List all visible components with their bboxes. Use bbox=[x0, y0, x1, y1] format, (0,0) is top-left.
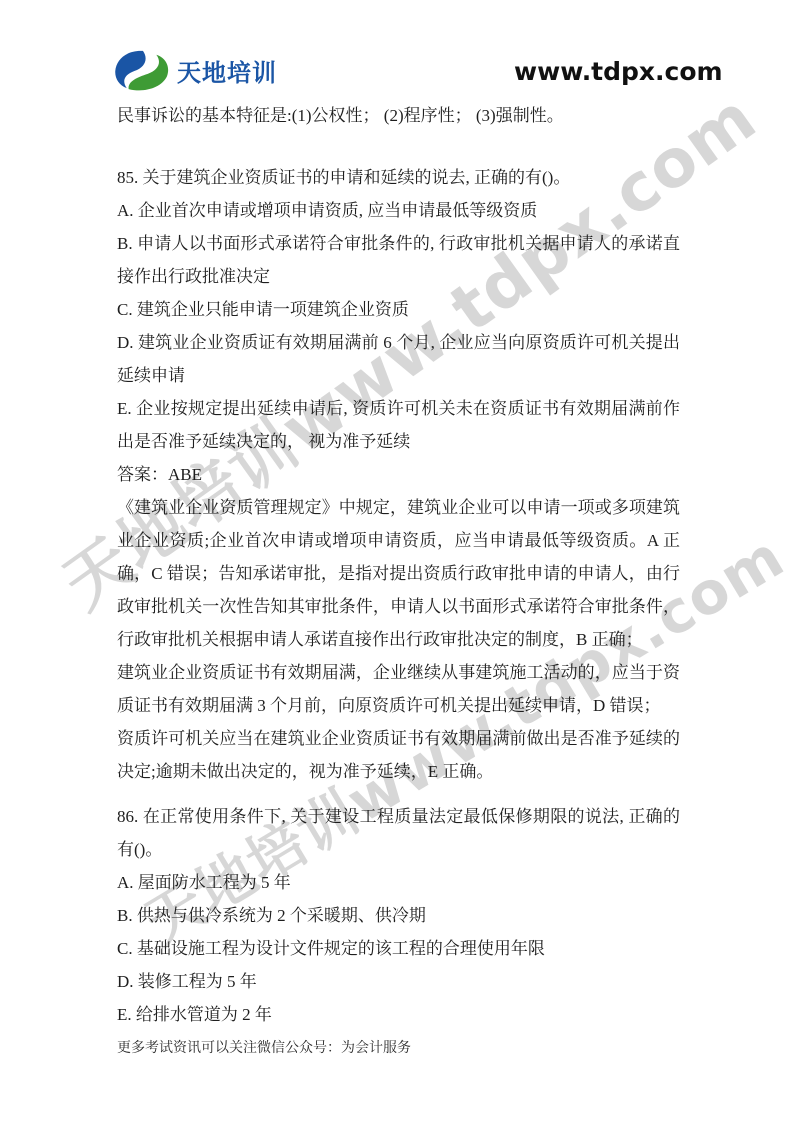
option-b: B. 供热与供冷系统为 2 个采暖期、供冷期 bbox=[117, 899, 680, 932]
option-c: C. 建筑企业只能申请一项建筑企业资质 bbox=[117, 293, 680, 326]
intro-paragraph: 民事诉讼的基本特征是:(1)公权性； (2)程序性； (3)强制性。 bbox=[117, 99, 680, 132]
question-stem: 86. 在正常使用条件下, 关于建设工程质量法定最低保修期限的说法, 正确的有(… bbox=[117, 800, 680, 866]
question-86: 86. 在正常使用条件下, 关于建设工程质量法定最低保修期限的说法, 正确的有(… bbox=[117, 800, 680, 1031]
option-e: E. 企业按规定提出延续申请后, 资质许可机关未在资质证书有效期届满前作出是否准… bbox=[117, 392, 680, 458]
page-header: 天地培训 www.tdpx.com bbox=[0, 0, 793, 100]
logo-text: 天地培训 bbox=[177, 53, 277, 88]
site-url: www.tdpx.com bbox=[514, 57, 689, 86]
explanation-paragraph: 建筑业企业资质证书有效期届满，企业继续从事建筑施工活动的，应当于资质证书有效期届… bbox=[117, 656, 680, 722]
option-a: A. 企业首次申请或增项申请资质, 应当申请最低等级资质 bbox=[117, 194, 680, 227]
option-d: D. 装修工程为 5 年 bbox=[117, 965, 680, 998]
option-e: E. 给排水管道为 2 年 bbox=[117, 998, 680, 1031]
option-b: B. 申请人以书面形式承诺符合审批条件的, 行政审批机关据申请人的承诺直接作出行… bbox=[117, 227, 680, 293]
document-page: 天地培训www.tdpx.com 天地培训www.tdpx.com 天地培训 w… bbox=[0, 0, 793, 1122]
logo-swirl-icon bbox=[113, 49, 171, 91]
document-body: 民事诉讼的基本特征是:(1)公权性； (2)程序性； (3)强制性。 85. 关… bbox=[117, 99, 680, 1031]
option-d: D. 建筑业企业资质证有效期届满前 6 个月, 企业应当向原资质许可机关提出延续… bbox=[117, 326, 680, 392]
question-85: 85. 关于建筑企业资质证书的申请和延续的说去, 正确的有()。 A. 企业首次… bbox=[117, 161, 680, 788]
answer-line: 答案：ABE bbox=[117, 458, 680, 491]
option-c: C. 基础设施工程为设计文件规定的该工程的合理使用年限 bbox=[117, 932, 680, 965]
question-stem: 85. 关于建筑企业资质证书的申请和延续的说去, 正确的有()。 bbox=[117, 161, 680, 194]
logo: 天地培训 bbox=[113, 48, 277, 92]
footer-note: 更多考试资讯可以关注微信公众号：为会计服务 bbox=[117, 1040, 680, 1058]
explanation-paragraph: 资质许可机关应当在建筑业企业资质证书有效期届满前做出是否准予延续的决定;逾期未做… bbox=[117, 722, 680, 788]
explanation-paragraph: 《建筑业企业资质管理规定》中规定，建筑业企业可以申请一项或多项建筑业企业资质;企… bbox=[117, 491, 680, 656]
option-a: A. 屋面防水工程为 5 年 bbox=[117, 866, 680, 899]
